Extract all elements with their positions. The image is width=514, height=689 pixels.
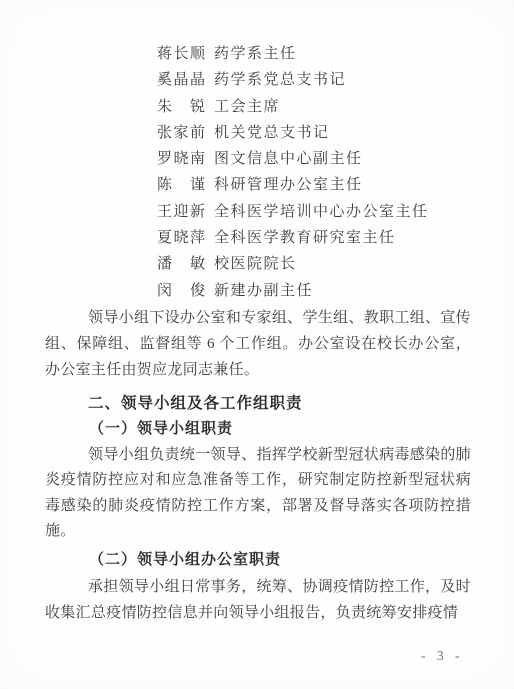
- roster-row: 王迎新 全科医学培训中心办公室主任: [157, 199, 429, 225]
- member-name: 闵 俊: [157, 278, 207, 304]
- paragraph-office-duties: 承担领导小组日常事务，统筹、协调疫情防控工作，及时收集汇总疫情防控信息并向领导小…: [45, 575, 471, 626]
- document-page: 蒋长顺 药学系主任 奚晶晶 药学系党总支书记 朱 锐 工会主席 张家前 机关党总…: [0, 0, 514, 689]
- paragraph-workgroups-setup: 领导小组下设办公室和专家组、学生组、教职工组、宣传组、保障组、监督组等 6 个工…: [45, 305, 471, 383]
- subsection-heading-office-duties: （二）领导小组办公室职责: [89, 548, 281, 569]
- member-name: 张家前: [157, 120, 207, 146]
- section-heading-responsibilities: 二、领导小组及各工作组职责: [88, 391, 303, 413]
- subsection-heading-leading-group-duties: （一）领导小组职责: [89, 417, 233, 438]
- member-title: 科研管理办公室主任: [214, 172, 363, 198]
- paragraph-leading-group-duties: 领导小组负责统一领导、指挥学校新型冠状病毒感染的肺炎疫情防控应对和应急准备等工作…: [45, 443, 471, 545]
- member-title: 药学系党总支书记: [214, 67, 346, 93]
- member-name: 朱 锐: [157, 94, 207, 120]
- roster-row: 夏晓萍 全科医学教育研究室主任: [157, 225, 429, 251]
- roster-row: 奚晶晶 药学系党总支书记: [157, 67, 429, 93]
- member-name: 奚晶晶: [157, 67, 207, 93]
- member-title: 全科医学教育研究室主任: [214, 225, 396, 251]
- roster-row: 罗晓南 图文信息中心副主任: [157, 146, 429, 172]
- member-title: 校医院院长: [214, 251, 297, 277]
- member-name: 蒋长顺: [157, 41, 207, 67]
- member-title: 药学系主任: [214, 41, 297, 67]
- page-number: - 3 -: [421, 648, 464, 664]
- member-title: 新建办副主任: [214, 278, 313, 304]
- member-title: 全科医学培训中心办公室主任: [214, 199, 429, 225]
- roster-row: 蒋长顺 药学系主任: [157, 41, 429, 67]
- roster-row: 朱 锐 工会主席: [157, 94, 429, 120]
- roster-row: 闵 俊 新建办副主任: [157, 278, 429, 304]
- member-title: 机关党总支书记: [214, 120, 330, 146]
- roster-row: 潘 敏 校医院院长: [157, 251, 429, 277]
- member-title: 工会主席: [214, 94, 280, 120]
- member-name: 陈 谨: [157, 172, 207, 198]
- roster-row: 陈 谨 科研管理办公室主任: [157, 172, 429, 198]
- member-name: 潘 敏: [157, 251, 207, 277]
- member-name: 罗晓南: [157, 146, 207, 172]
- member-name: 王迎新: [157, 199, 207, 225]
- roster-row: 张家前 机关党总支书记: [157, 120, 429, 146]
- member-title: 图文信息中心副主任: [214, 146, 363, 172]
- leadership-roster: 蒋长顺 药学系主任 奚晶晶 药学系党总支书记 朱 锐 工会主席 张家前 机关党总…: [157, 41, 429, 304]
- member-name: 夏晓萍: [157, 225, 207, 251]
